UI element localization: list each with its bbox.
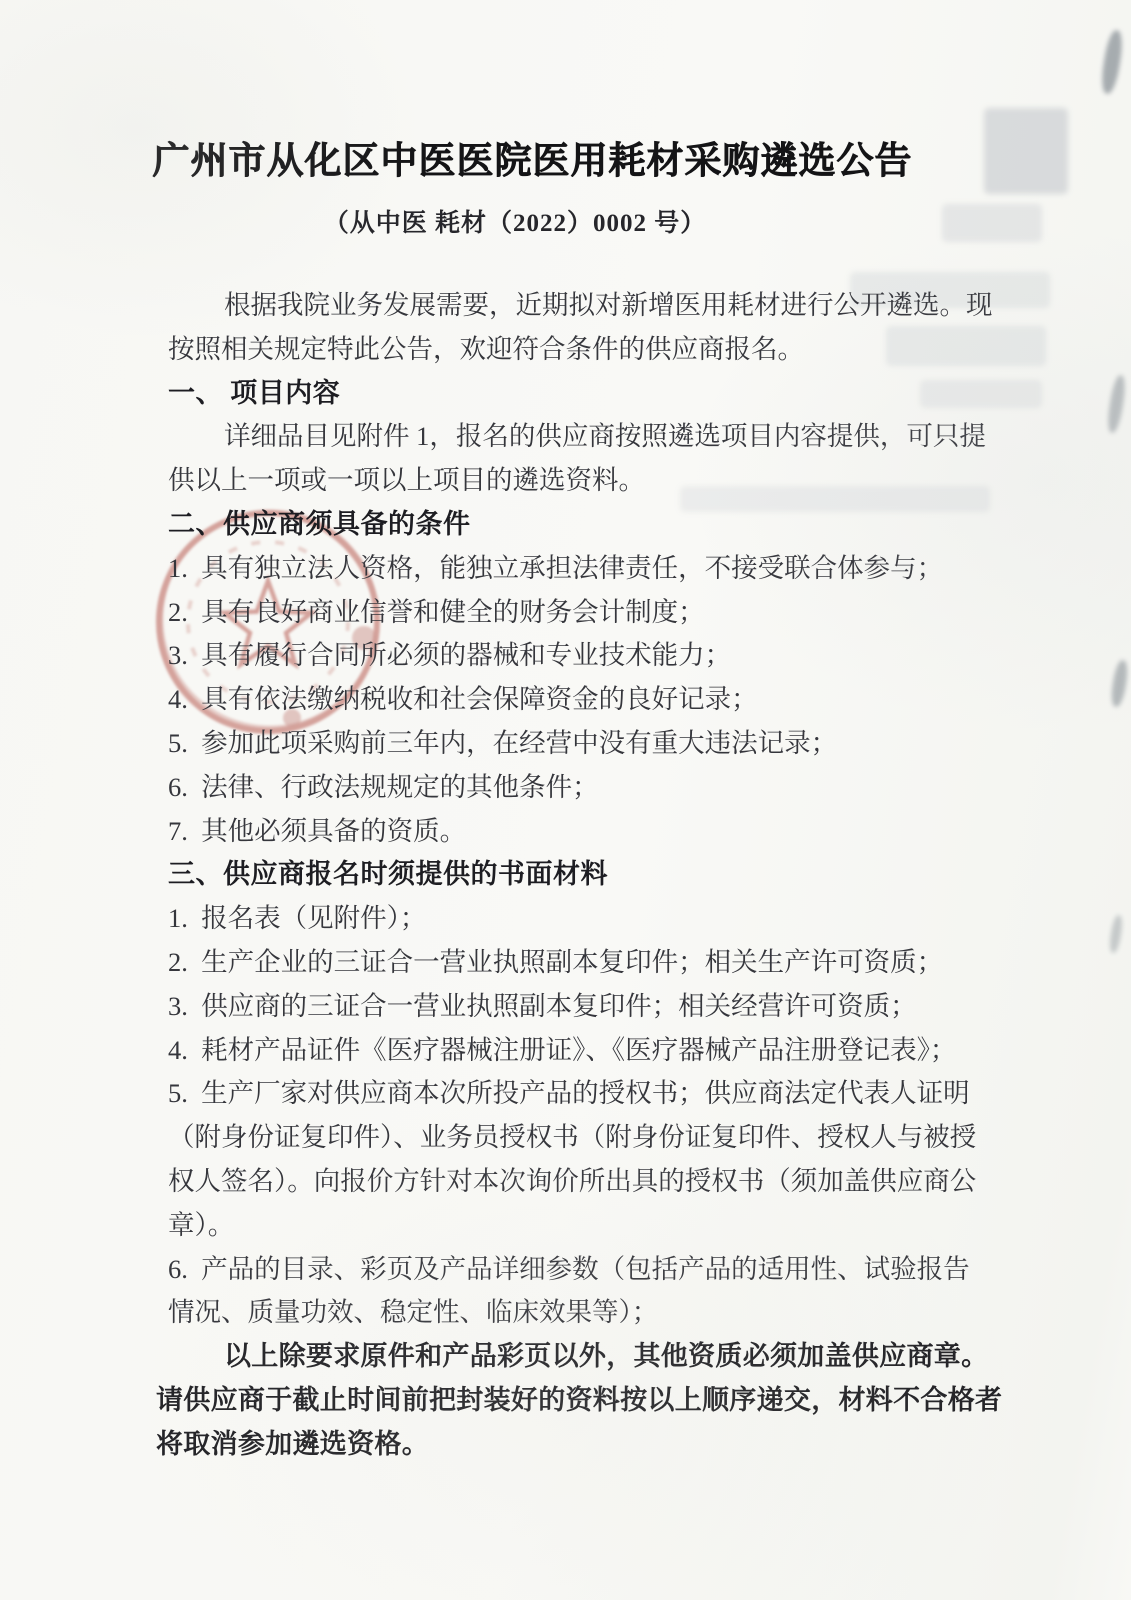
body-line-11: 5. 参加此项采购前三年内，在经营中没有重大违法记录；	[168, 722, 970, 766]
body-line-2: 按照相关规定特此公告，欢迎符合条件的供应商报名。	[168, 328, 970, 372]
document-title: 广州市从化区中医医院医用耗材采购遴选公告	[0, 130, 1065, 184]
body-line-7: 1. 具有独立法人资格，能独立承担法律责任，不接受联合体参与；	[168, 547, 970, 591]
scan-smudge	[1108, 914, 1124, 953]
document-body: 根据我院业务发展需要，近期拟对新增医用耗材进行公开遴选。现按照相关规定特此公告，…	[168, 284, 970, 1467]
body-line-8: 2. 具有良好商业信誉和健全的财务会计制度；	[168, 591, 970, 635]
body-line-3: 一、 项目内容	[168, 372, 970, 416]
body-line-18: 4. 耗材产品证件《医疗器械注册证》、《医疗器械产品注册登记表》；	[168, 1029, 970, 1073]
body-line-14: 三、供应商报名时须提供的书面材料	[168, 853, 970, 897]
scan-smudge	[1109, 659, 1129, 707]
body-line-10: 4. 具有依法缴纳税收和社会保障资金的良好记录；	[168, 678, 970, 722]
body-line-16: 2. 生产企业的三证合一营业执照副本复印件；相关生产许可资质；	[168, 941, 970, 985]
body-line-19: 5. 生产厂家对供应商本次所投产品的授权书；供应商法定代表人证明	[168, 1072, 970, 1116]
body-line-9: 3. 具有履行合同所必须的器械和专业技术能力；	[168, 634, 970, 678]
document-number: （从中医 耗材（2022）0002 号）	[0, 203, 1030, 239]
body-line-21: 权人签名）。向报价方针对本次询价所出具的授权书（须加盖供应商公	[168, 1160, 970, 1204]
body-line-6: 二、供应商须具备的条件	[168, 503, 970, 547]
body-line-22: 章）。	[168, 1204, 970, 1248]
body-line-27: 将取消参加遴选资格。	[156, 1423, 970, 1467]
body-line-12: 6. 法律、行政法规规定的其他条件；	[168, 766, 970, 810]
scan-smudge	[1106, 374, 1128, 433]
body-line-26: 请供应商于截止时间前把封装好的资料按以上顺序递交，材料不合格者	[156, 1379, 970, 1423]
body-line-23: 6. 产品的目录、彩页及产品详细参数（包括产品的适用性、试验报告	[168, 1248, 970, 1292]
scan-smudge	[1099, 29, 1125, 95]
body-line-4: 详细品目见附件 1，报名的供应商按照遴选项目内容提供，可只提	[168, 415, 970, 459]
body-line-13: 7. 其他必须具备的资质。	[168, 810, 970, 854]
scanned-document-page: 广州市从化区中医医院医用耗材采购遴选公告 （从中医 耗材（2022）0002 号…	[0, 0, 1131, 1600]
body-line-17: 3. 供应商的三证合一营业执照副本复印件；相关经营许可资质；	[168, 985, 970, 1029]
body-line-15: 1. 报名表（见附件）；	[168, 897, 970, 941]
body-line-5: 供以上一项或一项以上项目的遴选资料。	[168, 459, 970, 503]
body-line-20: （附身份证复印件）、业务员授权书（附身份证复印件、授权人与被授	[168, 1116, 970, 1160]
body-line-1: 根据我院业务发展需要，近期拟对新增医用耗材进行公开遴选。现	[168, 284, 970, 328]
body-line-24: 情况、质量功效、稳定性、临床效果等）；	[168, 1291, 970, 1335]
body-line-25: 以上除要求原件和产品彩页以外，其他资质必须加盖供应商章。	[156, 1335, 970, 1379]
